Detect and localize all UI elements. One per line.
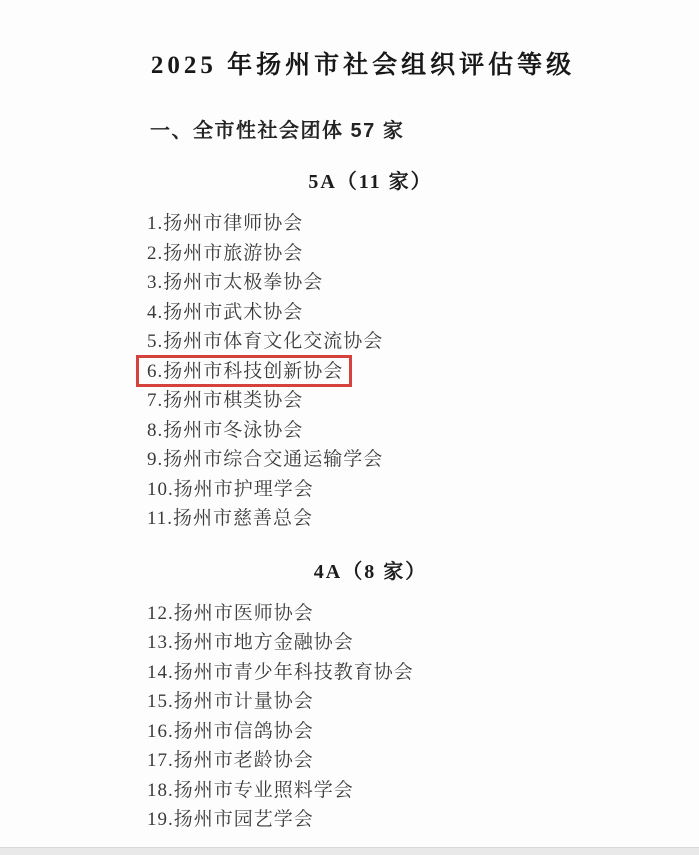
- list-item: 5.扬州市体育文化交流协会: [147, 327, 699, 357]
- list-item: 6.扬州市科技创新协会: [147, 357, 699, 387]
- section-heading: 一、全市性社会团体 57 家: [150, 118, 699, 144]
- list-item-text: 3.扬州市太极拳协会: [147, 272, 323, 293]
- list-item-text: 14.扬州市青少年科技教育协会: [147, 662, 414, 683]
- groups-container: 5A（11 家）1.扬州市律师协会2.扬州市旅游协会3.扬州市太极拳协会4.扬州…: [0, 170, 699, 835]
- highlight-red-box-item: 6.扬州市科技创新协会: [147, 361, 343, 382]
- list-item: 3.扬州市太极拳协会: [147, 268, 699, 298]
- list-item: 12.扬州市医师协会: [147, 599, 699, 629]
- list-item: 16.扬州市信鸽协会: [147, 717, 699, 747]
- organization-list: 12.扬州市医师协会13.扬州市地方金融协会14.扬州市青少年科技教育协会15.…: [147, 599, 699, 835]
- list-item: 18.扬州市专业照料学会: [147, 776, 699, 806]
- list-item-text: 7.扬州市棋类协会: [147, 390, 303, 411]
- list-item: 10.扬州市护理学会: [147, 475, 699, 505]
- list-item: 11.扬州市慈善总会: [147, 504, 699, 534]
- list-item: 15.扬州市计量协会: [147, 687, 699, 717]
- list-item-text: 10.扬州市护理学会: [147, 479, 314, 500]
- organization-group: 4A（8 家）12.扬州市医师协会13.扬州市地方金融协会14.扬州市青少年科技…: [0, 560, 699, 835]
- document-title: 2025 年扬州市社会组织评估等级: [0, 0, 699, 81]
- list-item: 7.扬州市棋类协会: [147, 386, 699, 416]
- list-item-text: 9.扬州市综合交通运输学会: [147, 449, 383, 470]
- list-item-text: 2.扬州市旅游协会: [147, 243, 303, 264]
- list-item-text: 11.扬州市慈善总会: [147, 508, 313, 529]
- list-item-text: 1.扬州市律师协会: [147, 213, 303, 234]
- list-item: 14.扬州市青少年科技教育协会: [147, 658, 699, 688]
- group-heading: 4A（8 家）: [0, 560, 699, 585]
- list-item-text: 15.扬州市计量协会: [147, 691, 314, 712]
- organization-group: 5A（11 家）1.扬州市律师协会2.扬州市旅游协会3.扬州市太极拳协会4.扬州…: [0, 170, 699, 534]
- organization-list: 1.扬州市律师协会2.扬州市旅游协会3.扬州市太极拳协会4.扬州市武术协会5.扬…: [147, 209, 699, 534]
- list-item: 4.扬州市武术协会: [147, 298, 699, 328]
- page-bottom-edge: [0, 847, 699, 855]
- list-item-text: 8.扬州市冬泳协会: [147, 420, 303, 441]
- list-item-text: 18.扬州市专业照料学会: [147, 780, 354, 801]
- list-item: 19.扬州市园艺学会: [147, 805, 699, 835]
- list-item-text: 19.扬州市园艺学会: [147, 809, 314, 830]
- list-item: 17.扬州市老龄协会: [147, 746, 699, 776]
- list-item-text: 5.扬州市体育文化交流协会: [147, 331, 383, 352]
- document-page: 2025 年扬州市社会组织评估等级 一、全市性社会团体 57 家 5A（11 家…: [0, 0, 699, 855]
- group-heading: 5A（11 家）: [0, 170, 699, 195]
- list-item: 9.扬州市综合交通运输学会: [147, 445, 699, 475]
- list-item-text: 13.扬州市地方金融协会: [147, 632, 354, 653]
- list-item-text: 17.扬州市老龄协会: [147, 750, 314, 771]
- list-item: 1.扬州市律师协会: [147, 209, 699, 239]
- list-item-text: 12.扬州市医师协会: [147, 603, 314, 624]
- list-item: 13.扬州市地方金融协会: [147, 628, 699, 658]
- list-item-text: 4.扬州市武术协会: [147, 302, 303, 323]
- list-item: 8.扬州市冬泳协会: [147, 416, 699, 446]
- list-item-text: 16.扬州市信鸽协会: [147, 721, 314, 742]
- list-item: 2.扬州市旅游协会: [147, 239, 699, 269]
